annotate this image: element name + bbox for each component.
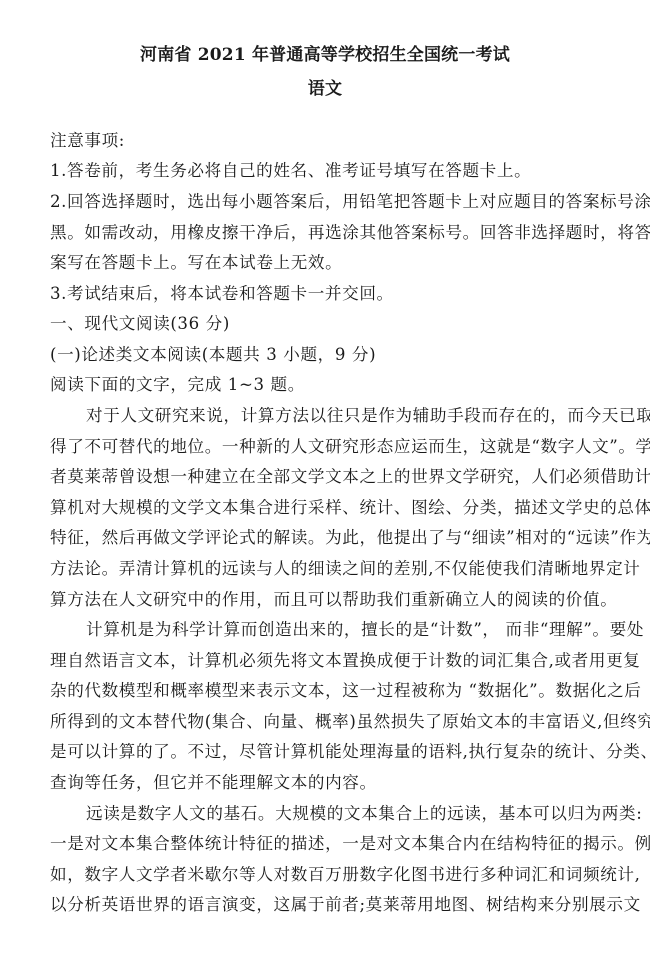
notice-heading: 注意事项:	[50, 131, 602, 151]
subject-title: 语文	[0, 74, 650, 99]
passage-line: 算机对大规模的文学文本集合进行采样、统计、图绘、分类，描述文学史的总体	[50, 498, 602, 518]
passage-line: 对于人文研究来说，计算方法以往只是作为辅助手段而存在的，而今天已取	[86, 406, 602, 426]
passage-line: 以分析英语世界的语言演变，这属于前者;莫莱蒂用地图、树结构来分别展示文	[50, 895, 602, 915]
passage-line: 如，数字人文学者米歇尔等人对数百万册数字化图书进行多种词汇和词频统计,	[50, 865, 602, 885]
passage-line: 算方法在人文研究中的作用，而且可以帮助我们重新确立人的阅读的价值。	[50, 590, 602, 610]
notice-line: 黑。如需改动，用橡皮擦干净后，再选涂其他答案标号。回答非选择题时，将答	[50, 223, 602, 243]
passage-line: 远读是数字人文的基石。大规模的文本集合上的远读，基本可以归为两类:	[86, 804, 602, 824]
passage-line: 计算机是为科学计算而创造出来的，擅长的是“计数”， 而非“理解”。要处	[86, 620, 602, 640]
passage-line: 一是对文本集合整体统计特征的描述，一是对文本集合内在结构特征的揭示。例	[50, 834, 602, 854]
passage-line: 所得到的文本替代物(集合、向量、概率)虽然损失了原始文本的丰富语义,但终究	[50, 712, 602, 732]
passage-line: 方法论。弄清计算机的远读与人的细读之间的差别,不仅能使我们清晰地界定计	[50, 559, 602, 579]
section-heading: 一、现代文阅读(36 分)	[50, 314, 602, 334]
passage-line: 查询等任务，但它并不能理解文本的内容。	[50, 773, 602, 793]
passage-line: 者莫莱蒂曾设想一种建立在全部文学文本之上的世界文学研究，人们必须借助计	[50, 467, 602, 487]
passage-line: 是可以计算的了。不过，尽管计算机能处理海量的语料,执行复杂的统计、分类、	[50, 742, 602, 762]
exam-title: 河南省 2021 年普通高等学校招生全国统一考试	[0, 40, 650, 65]
passage-line: 得了不可替代的地位。一种新的人文研究形态应运而生，这就是“数字人文”。学	[50, 437, 602, 457]
notice-line: 2.回答选择题时，选出每小题答案后，用铅笔把答题卡上对应题目的答案标号涂	[50, 192, 602, 212]
passage-line: 特征，然后再做文学评论式的解读。为此，他提出了与“细读”相对的“远读”作为	[50, 528, 602, 548]
section-subheading: (一)论述类文本阅读(本题共 3 小题，9 分)	[50, 345, 602, 365]
reading-instruction: 阅读下面的文字，完成 1~3 题。	[50, 375, 602, 395]
passage-line: 理自然语言文本，计算机必须先将文本置换成便于计数的词汇集合,或者用更复	[50, 651, 602, 671]
notice-line: 3.考试结束后，将本试卷和答题卡一并交回。	[50, 284, 602, 304]
notice-line: 案写在答题卡上。写在本试卷上无效。	[50, 253, 602, 273]
notice-line: 1.答卷前，考生务必将自己的姓名、准考证号填写在答题卡上。	[50, 161, 602, 181]
passage-line: 杂的代数模型和概率模型来表示文本，这一过程被称为 “数据化”。数据化之后	[50, 681, 602, 701]
